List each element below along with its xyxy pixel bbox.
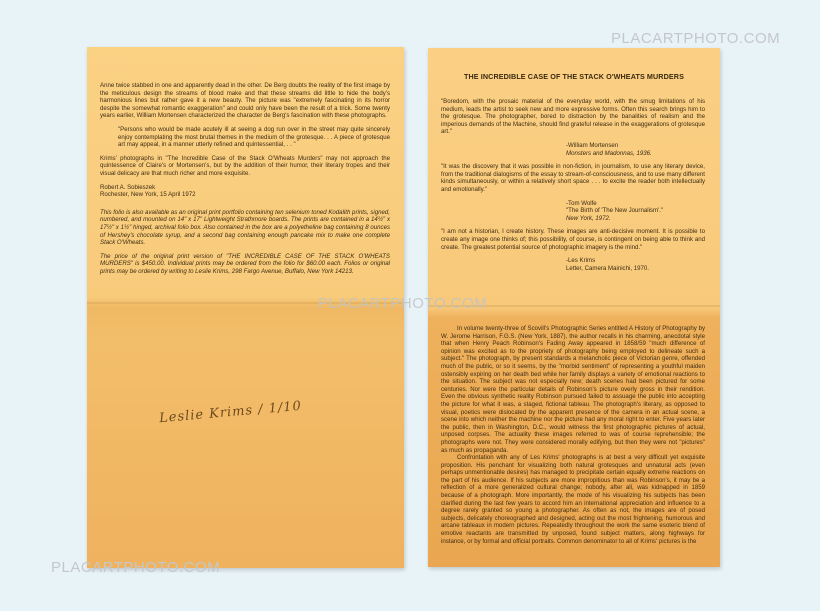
- left-page-text: Anne twice stabbed in one and apparently…: [100, 82, 390, 281]
- quote-krims-author: -Les Krims: [566, 257, 705, 265]
- watermark-bottom-left: PLACARTPHOTO.COM: [51, 559, 220, 576]
- quote-mortensen: "Boredom, with the prosaic material of t…: [441, 98, 705, 136]
- page-title: THE INCREDIBLE CASE OF THE STACK O'WHEAT…: [428, 72, 720, 81]
- quote-wolfe-author: -Tom Wolfe: [566, 200, 705, 208]
- handwritten-signature: Leslie Krims / 1/10: [159, 399, 303, 426]
- quote-wolfe-source: "The Birth of 'The New Journalism'.": [566, 207, 705, 215]
- quote-mortensen-source: Monsters and Madonnas, 1936.: [566, 150, 705, 158]
- quote-krims: "I am not a historian, I create history.…: [441, 228, 705, 251]
- paragraph-1: Anne twice stabbed in one and apparently…: [100, 82, 390, 120]
- author-place-date: Rochester, New York, 15 April 1972: [100, 191, 390, 199]
- mortensen-quote: "Persons who would be made acutely ill a…: [118, 126, 390, 149]
- quote-mortensen-author: -William Mortensen: [566, 142, 705, 150]
- essay-paragraph-2: Confrontation with any of Les Krims' pho…: [441, 454, 705, 545]
- portfolio-note: This folio is also available as an origi…: [100, 209, 390, 247]
- author-name: Robert A. Sobieszek: [100, 184, 390, 192]
- price-note: The price of the original print version …: [100, 253, 390, 276]
- quote-wolfe-pub: New York, 1972.: [566, 215, 705, 223]
- watermark-top-right: PLACARTPHOTO.COM: [611, 30, 780, 47]
- quote-krims-source: Letter, Camera Mainichi, 1970.: [566, 265, 705, 273]
- quote-wolfe: "It was the discovery that it was possib…: [441, 163, 705, 193]
- right-page-quotes: "Boredom, with the prosaic material of t…: [441, 98, 705, 278]
- watermark-middle: PLACARTPHOTO.COM: [318, 295, 487, 312]
- paragraph-2: Krims' photographs in "The Incredible Ca…: [100, 155, 390, 178]
- right-page-essay: In volume twenty-three of Scovill's Phot…: [441, 325, 705, 565]
- essay-paragraph-1: In volume twenty-three of Scovill's Phot…: [441, 325, 705, 454]
